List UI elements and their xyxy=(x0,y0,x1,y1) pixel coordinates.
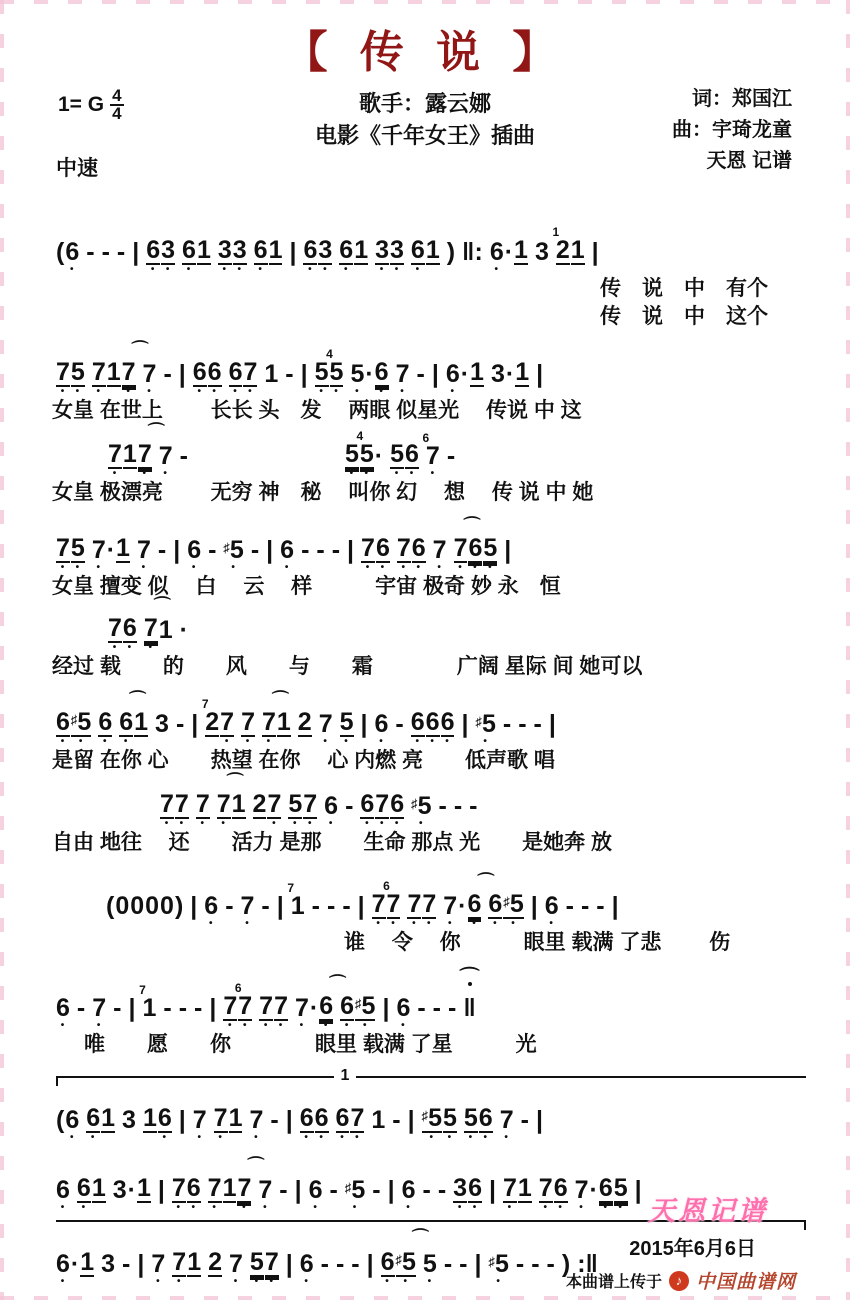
note-glyph: | xyxy=(549,711,556,737)
note-token: 6• xyxy=(300,1238,314,1288)
score-footer: 天恩记谱 2015年6月6日 本曲谱上传于 ♪ 中国曲谱网 xyxy=(566,1189,796,1294)
note-glyph: 7 xyxy=(229,1251,243,1277)
octave-dot-zone: • xyxy=(97,1021,102,1032)
note-glyph: 5 xyxy=(483,535,497,563)
note-token: · xyxy=(375,430,383,480)
octave-dot-zone: • xyxy=(427,919,432,930)
note-glyph: 6 xyxy=(119,709,133,737)
octave-dot-zone: • xyxy=(448,919,453,930)
note-glyph: 6 xyxy=(402,1177,416,1203)
note-glyph: · xyxy=(128,1177,136,1203)
lyrics-line: 传 说 中 有个 xyxy=(600,276,806,302)
note-token: ⌒7• xyxy=(217,778,231,830)
note-glyph: 6 xyxy=(411,237,425,265)
note-glyph: 5 xyxy=(423,1251,437,1277)
note-glyph: - xyxy=(163,361,171,387)
notation-line: 7•7•7•⌒7•127•5•7•6•-6•7•6•♯5•--- xyxy=(160,778,806,830)
note-glyph: 7 xyxy=(433,537,447,563)
note-glyph: 7 xyxy=(137,537,151,563)
note-glyph: 6 xyxy=(56,1251,70,1277)
note-glyph: 7 xyxy=(122,359,136,387)
note-token: 3 xyxy=(491,348,505,398)
note-token: 1 xyxy=(426,224,440,276)
octave-dot-zone: • xyxy=(149,643,154,654)
note-token: 6• xyxy=(381,1236,395,1288)
note-glyph: 7 xyxy=(172,1175,186,1203)
note-glyph: 5 xyxy=(390,441,404,469)
note-token: 6• xyxy=(65,1094,79,1144)
note-token: 7• xyxy=(274,980,288,1032)
octave-dot-zone: • xyxy=(61,1203,66,1214)
octave-dot-zone: • xyxy=(549,919,554,930)
note-glyph: | xyxy=(209,995,216,1021)
octave-dot-zone: • xyxy=(279,1021,284,1032)
octave-dot-zone: • xyxy=(496,1277,501,1288)
note-glyph: 1 xyxy=(354,237,368,265)
octave-dot-zone: • xyxy=(458,1203,463,1214)
note-glyph: · xyxy=(71,1251,79,1277)
note-glyph: 7 xyxy=(387,891,401,919)
note-token: - xyxy=(454,780,462,830)
sharp-icon: ♯ xyxy=(71,712,78,727)
note-glyph: 1 xyxy=(116,535,130,563)
note-token: 67• xyxy=(426,430,440,480)
note-token: 3• xyxy=(233,224,247,276)
note-glyph: 6 xyxy=(488,891,502,919)
note-token: 6• xyxy=(315,1092,329,1144)
note-token: | xyxy=(432,348,439,398)
grace-note: 4 xyxy=(326,348,333,361)
note-token: - xyxy=(448,982,456,1032)
octave-dot-zone: • xyxy=(61,1277,66,1288)
note-glyph: - xyxy=(444,1251,452,1277)
note-glyph: 1 xyxy=(426,237,440,265)
note-glyph: | xyxy=(347,537,354,563)
note-glyph: ( xyxy=(106,893,114,919)
note-glyph: ♯5 xyxy=(475,709,495,737)
note-glyph: 7 xyxy=(443,893,457,919)
note-token: - xyxy=(279,1164,287,1214)
note-token: | xyxy=(361,698,368,748)
note-glyph: 7 xyxy=(208,1175,222,1203)
note-glyph: 7 xyxy=(258,1177,272,1203)
note-token: 6• xyxy=(375,698,389,748)
note-glyph: - xyxy=(285,361,293,387)
note-token: 3 xyxy=(101,1238,115,1288)
octave-dot-zone: • xyxy=(472,919,477,930)
note-glyph: 1 xyxy=(291,893,305,919)
note-token: | xyxy=(536,1094,543,1144)
note-glyph: - xyxy=(438,1177,446,1203)
note-glyph: 7 xyxy=(267,791,281,819)
note-token: 6• xyxy=(86,1092,100,1144)
octave-dot-zone: • xyxy=(231,563,236,574)
time-signature: 4 4 xyxy=(110,88,123,122)
octave-dot-zone: • xyxy=(272,819,277,830)
note-glyph: 7 xyxy=(361,535,375,563)
note-token: - xyxy=(469,780,477,830)
note-token: - xyxy=(439,780,447,830)
octave-dot-zone: • xyxy=(177,1277,182,1288)
note-glyph: | xyxy=(158,1177,165,1203)
octave-dot-zone: • xyxy=(344,265,349,276)
credits: 词：郑国江 曲：宇琦龙童 天恩 记谱 xyxy=(672,84,792,177)
note-token: | xyxy=(382,982,389,1032)
note-token: 6• xyxy=(254,224,268,276)
octave-dot-zone: • xyxy=(402,563,407,574)
note-glyph: | xyxy=(132,239,139,265)
note-token: ⌒7• xyxy=(144,602,158,654)
note-token: 6• xyxy=(412,522,426,574)
note-glyph: - xyxy=(208,537,216,563)
note-token: 0 xyxy=(160,880,174,930)
note-glyph: 6 xyxy=(98,709,112,737)
site-name: 中国曲谱网 xyxy=(696,1267,796,1294)
note-token: 7• xyxy=(319,698,333,748)
note-token: · xyxy=(506,348,514,398)
octave-dot-zone: • xyxy=(395,819,400,830)
note-token: | xyxy=(504,524,511,574)
sharp-icon: ♯ xyxy=(223,540,230,555)
octave-dot-zone: • xyxy=(437,563,442,574)
note-glyph: | xyxy=(173,537,180,563)
note-token: - xyxy=(117,226,125,276)
note-glyph: - xyxy=(596,893,604,919)
note-token: ⌒6• xyxy=(319,980,333,1032)
octave-dot-zone: • xyxy=(495,265,500,276)
note-token: 1 xyxy=(229,1092,243,1144)
note-glyph: - xyxy=(225,893,233,919)
octave-dot-zone: • xyxy=(391,919,396,930)
note-token: ⌒‖ xyxy=(463,982,475,1032)
note-glyph: - xyxy=(332,537,340,563)
note-glyph: 6 xyxy=(324,793,338,819)
note-token: 7• xyxy=(108,428,122,480)
note-glyph: 5 xyxy=(250,1249,264,1277)
note-token: - xyxy=(225,880,233,930)
octave-dot-zone: • xyxy=(430,1133,435,1144)
octave-dot-zone: • xyxy=(79,737,84,748)
note-token: 7• xyxy=(295,982,309,1032)
note-glyph: | xyxy=(531,893,538,919)
note-glyph: - xyxy=(163,995,171,1021)
note-token: 7• xyxy=(92,524,106,574)
note-glyph: 7 xyxy=(220,709,234,737)
octave-dot-zone: • xyxy=(163,1133,168,1144)
octave-dot-zone: • xyxy=(416,265,421,276)
note-token: 1 xyxy=(116,522,130,574)
note-glyph: ‖ xyxy=(463,995,475,1021)
octave-dot-zone: • xyxy=(308,265,313,276)
note-token: 7• xyxy=(503,1162,517,1214)
octave-dot-zone: • xyxy=(304,1277,309,1288)
note-token: - xyxy=(261,880,269,930)
note-token: 1 xyxy=(277,696,291,748)
note-token: 6• xyxy=(360,778,374,830)
octave-dot-zone: • xyxy=(201,819,206,830)
note-glyph: 7 xyxy=(303,791,317,819)
note-token: 7• xyxy=(108,602,122,654)
octave-dot-zone: • xyxy=(340,1133,345,1144)
note-token: - xyxy=(444,1238,452,1288)
note-glyph: 7 xyxy=(372,891,386,919)
note-token: 6• xyxy=(490,226,504,276)
note-glyph: 6 xyxy=(229,359,243,387)
note-token: 7• xyxy=(137,524,151,574)
note-token: 6• xyxy=(402,1164,416,1214)
note-token: ) xyxy=(447,226,455,276)
note-glyph: 3 xyxy=(122,1107,136,1133)
note-glyph: - xyxy=(301,537,309,563)
note-token: - xyxy=(447,430,455,480)
note-token: 1 xyxy=(354,224,368,276)
note-glyph: · xyxy=(506,361,514,387)
note-token: - xyxy=(503,698,511,748)
octave-dot-zone: • xyxy=(415,737,420,748)
note-token: ♯5• xyxy=(223,522,243,574)
note-token: - xyxy=(423,1164,431,1214)
fermata-icon: ⌒ xyxy=(460,970,480,986)
octave-dot-zone: • xyxy=(103,737,108,748)
note-glyph: 2 xyxy=(253,791,267,819)
note-token: | xyxy=(173,524,180,574)
octave-dot-zone: • xyxy=(212,387,217,398)
note-glyph: 1 xyxy=(518,1175,532,1203)
octave-dot-zone: • xyxy=(428,1277,433,1288)
grace-note: 6 xyxy=(383,880,390,893)
note-token: 1 xyxy=(137,1162,151,1214)
note-token: 7• xyxy=(375,778,389,830)
notation-line: 7•1⌒7•7•-5•45•·5•6•67•- xyxy=(108,428,806,480)
octave-dot-zone: • xyxy=(61,737,66,748)
note-glyph: ♯5 xyxy=(411,791,431,819)
note-token: - xyxy=(316,524,324,574)
note-glyph: - xyxy=(547,1251,555,1277)
octave-dot-zone: • xyxy=(192,563,197,574)
note-token: 5• xyxy=(443,1092,457,1144)
note-token: | xyxy=(266,524,273,574)
note-token: | xyxy=(367,1238,374,1288)
octave-dot-zone: • xyxy=(70,265,75,276)
note-glyph: 1 xyxy=(371,1107,385,1133)
note-glyph: 6 xyxy=(77,1175,91,1203)
note-glyph: | xyxy=(286,1251,293,1277)
note-token: 6• xyxy=(56,982,70,1032)
note-glyph: - xyxy=(102,239,110,265)
note-token: | xyxy=(474,1238,481,1288)
note-glyph: 5 xyxy=(443,1105,457,1133)
note-glyph: 1 xyxy=(229,1105,243,1133)
note-token: 6• xyxy=(336,1092,350,1144)
note-token: · xyxy=(458,880,466,930)
note-glyph: 6 xyxy=(376,535,390,563)
score-body: (6•---|6•3•6•13•3•6•1|6•3•6•13•3•6•1)‖:6… xyxy=(0,224,850,1288)
note-glyph: - xyxy=(351,1251,359,1277)
note-token: ⌒7• xyxy=(454,522,468,574)
octave-dot-zone: • xyxy=(508,1203,513,1214)
note-token: · xyxy=(128,1164,136,1214)
note-token: 6• xyxy=(441,696,455,748)
note-token: 6• xyxy=(396,982,410,1032)
note-glyph: ♯5 xyxy=(223,535,243,563)
octave-dot-zone: • xyxy=(246,737,251,748)
note-token: 1 xyxy=(107,346,121,398)
note-glyph: 6 xyxy=(468,891,482,919)
note-glyph: 7 xyxy=(144,615,158,643)
note-token: - xyxy=(285,348,293,398)
note-token: - xyxy=(547,1238,555,1288)
note-glyph: 7 xyxy=(92,359,106,387)
note-token: 5• xyxy=(390,428,404,480)
note-token: 6• xyxy=(468,522,482,574)
note-token: 7• xyxy=(397,522,411,574)
note-glyph: · xyxy=(461,361,469,387)
note-token: 6• xyxy=(488,878,502,930)
note-glyph: 6 xyxy=(303,237,317,265)
octave-dot-zone: • xyxy=(416,563,421,574)
note-glyph: - xyxy=(521,1107,529,1133)
note-token: 1 xyxy=(197,224,211,276)
note-glyph: 6 xyxy=(375,711,389,737)
note-token: 71 xyxy=(291,880,305,930)
note-token: 6• xyxy=(98,696,112,748)
note-glyph: - xyxy=(469,793,477,819)
note-glyph: | xyxy=(286,1107,293,1133)
note-token: 7• xyxy=(303,778,317,830)
octave-dot-zone: • xyxy=(97,563,102,574)
note-token: 6• xyxy=(193,346,207,398)
note-glyph: - xyxy=(327,893,335,919)
octave-dot-zone: • xyxy=(180,819,185,830)
note-glyph: 1 xyxy=(159,617,173,643)
note-token: - xyxy=(321,1238,329,1288)
note-token: 6• xyxy=(479,1092,493,1144)
note-glyph: 3 xyxy=(101,1251,115,1277)
note-glyph: 1 xyxy=(269,237,283,265)
key-label: 1= G xyxy=(58,93,104,117)
note-glyph: 7 xyxy=(350,1105,364,1133)
note-token: - xyxy=(102,226,110,276)
note-glyph: 3 xyxy=(233,237,247,265)
note-token: 7• xyxy=(92,982,106,1032)
note-glyph: | xyxy=(179,361,186,387)
note-glyph: · xyxy=(505,239,513,265)
note-token: 0 xyxy=(115,880,129,930)
note-token: | xyxy=(536,348,543,398)
note-token: - xyxy=(330,1164,338,1214)
note-token: ( xyxy=(106,880,114,930)
note-glyph: - xyxy=(433,995,441,1021)
note-glyph: 1 xyxy=(571,237,585,265)
note-token: · xyxy=(365,348,373,398)
note-token: 7• xyxy=(229,1238,243,1288)
note-glyph: | xyxy=(461,711,468,737)
note-glyph: ) xyxy=(175,893,183,919)
note-token: 7• xyxy=(92,346,106,398)
octave-dot-zone: • xyxy=(156,1277,161,1288)
note-glyph: 5 xyxy=(360,441,374,469)
note-glyph: - xyxy=(312,893,320,919)
note-token: 67• xyxy=(238,980,252,1032)
note-glyph: - xyxy=(158,537,166,563)
note-glyph: 1 xyxy=(101,1105,115,1133)
octave-dot-zone: • xyxy=(76,387,81,398)
score-header: 【 传 说 】 歌手：露云娜 电影《千年女王》插曲 1= G 4 4 中速 词：… xyxy=(0,0,850,206)
note-glyph: 6 xyxy=(426,709,440,737)
note-glyph: 6 xyxy=(182,237,196,265)
note-glyph: 5 xyxy=(315,359,329,387)
note-glyph: 7 xyxy=(426,443,440,469)
note-glyph: 7 xyxy=(319,711,333,737)
note-glyph: - xyxy=(330,1177,338,1203)
sharp-icon: ♯ xyxy=(355,996,362,1011)
note-glyph: 2 xyxy=(298,709,312,737)
note-token: - xyxy=(301,524,309,574)
note-glyph: 7 xyxy=(397,535,411,563)
note-token: 1 xyxy=(143,1092,157,1144)
note-token: 1 xyxy=(134,696,148,748)
note-glyph: - xyxy=(270,1107,278,1133)
note-token: - xyxy=(581,880,589,930)
octave-dot-zone: • xyxy=(319,1133,324,1144)
octave-dot-zone: • xyxy=(395,469,400,480)
note-token: - xyxy=(516,1238,524,1288)
note-glyph: 6 xyxy=(319,993,333,1021)
notation-line: (0000)|6•-7•-|71---|7•67•7•7•7•·⌒6•6•♯5•… xyxy=(106,876,806,930)
octave-dot-zone: • xyxy=(558,1203,563,1214)
note-token: 6• xyxy=(123,602,137,654)
note-token: 6• xyxy=(56,1238,70,1288)
note-glyph: 3 xyxy=(113,1177,127,1203)
note-glyph: 1 xyxy=(92,1175,106,1203)
octave-dot-zone: • xyxy=(248,387,253,398)
octave-dot-zone: • xyxy=(448,1133,453,1144)
note-token: ♯5• xyxy=(475,696,495,748)
note-glyph: 7 xyxy=(217,791,231,819)
note-token: | xyxy=(301,348,308,398)
note-glyph: | xyxy=(382,995,389,1021)
octave-dot-zone: • xyxy=(376,919,381,930)
note-glyph: 1 xyxy=(197,237,211,265)
note-glyph: 6 xyxy=(315,1105,329,1133)
note-token: 7• xyxy=(56,522,70,574)
note-glyph: 7 xyxy=(241,709,255,737)
note-glyph: 3 xyxy=(155,711,169,737)
note-token: 5• xyxy=(423,1238,437,1288)
note-glyph: | xyxy=(358,893,365,919)
octave-dot-zone: • xyxy=(511,919,516,930)
note-glyph: 1 xyxy=(264,361,278,387)
octave-dot-zone: • xyxy=(381,563,386,574)
lyrics-line: 传 说 中 这个 xyxy=(600,304,806,330)
note-token: ⌒7• xyxy=(262,696,276,748)
note-glyph: 7 xyxy=(274,993,288,1021)
note-glyph: 7 xyxy=(143,361,157,387)
key-signature: 1= G 4 4 xyxy=(58,88,124,122)
octave-dot-zone: • xyxy=(113,469,118,480)
note-glyph: 6 xyxy=(468,535,482,563)
note-token: ♯5• xyxy=(355,978,375,1032)
note-glyph: | xyxy=(266,537,273,563)
octave-dot-zone: • xyxy=(504,1133,509,1144)
note-token: 7• xyxy=(258,1164,272,1214)
octave-dot-zone: • xyxy=(353,1203,358,1214)
note-token: 5• xyxy=(250,1236,264,1288)
octave-dot-zone: • xyxy=(366,563,371,574)
octave-dot-zone: • xyxy=(223,265,228,276)
note-token: 6• xyxy=(324,780,338,830)
note-token: 3• xyxy=(318,224,332,276)
